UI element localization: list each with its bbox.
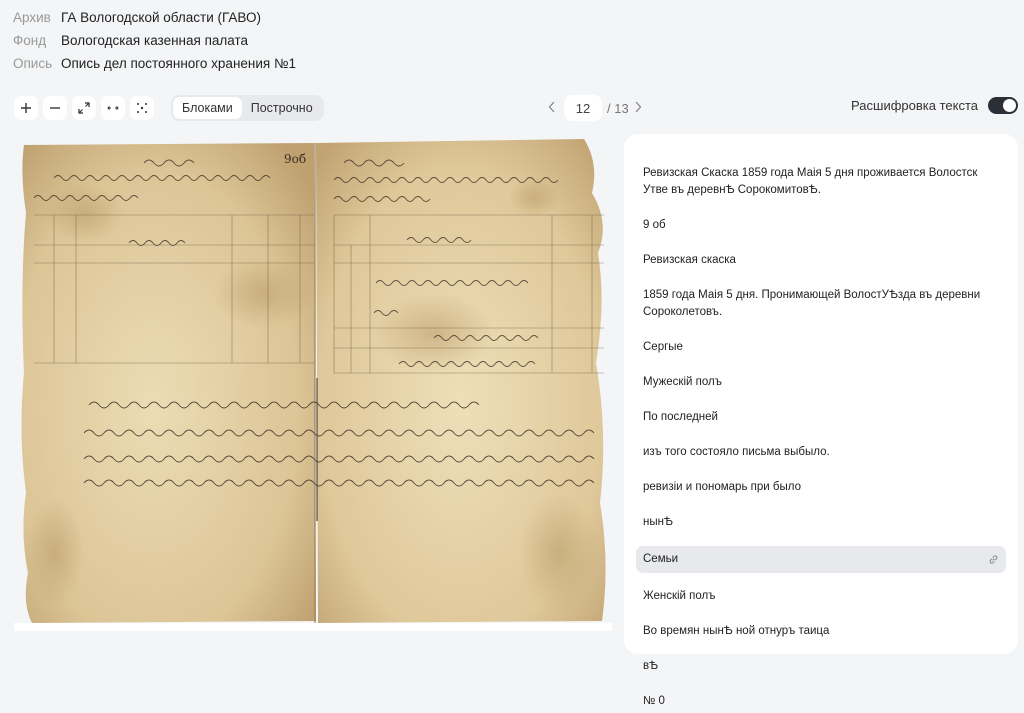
line-text: Ревизская скаска bbox=[643, 252, 736, 269]
prev-page-button[interactable] bbox=[545, 100, 559, 116]
meta-value: Опись дел постоянного хранения №1 bbox=[61, 56, 296, 71]
decode-toggle[interactable] bbox=[988, 97, 1018, 114]
line-text: Сергые bbox=[643, 339, 683, 356]
link-icon[interactable] bbox=[988, 554, 999, 565]
zoom-in-button[interactable] bbox=[14, 96, 38, 120]
fit-width-icon bbox=[107, 102, 119, 114]
transcription-line[interactable]: ревизіи и пономарь при было bbox=[636, 476, 1006, 499]
page-navigator: / 13 bbox=[545, 95, 645, 121]
next-page-button[interactable] bbox=[631, 100, 645, 116]
fullscreen-icon bbox=[78, 102, 90, 114]
line-text: 1859 года Маія 5 дня. Пронимающей Волост… bbox=[643, 287, 999, 321]
view-mode-lines[interactable]: Построчно bbox=[242, 97, 322, 119]
transcription-line[interactable]: Женскій полъ bbox=[636, 585, 1006, 608]
line-text: 9 об bbox=[643, 217, 666, 234]
meta-row-archive: Архив ГА Вологодской области (ГАВО) bbox=[13, 6, 296, 29]
line-text: Во времян нынѢ ной отнуръ таица bbox=[643, 623, 829, 631]
toggle-knob bbox=[1003, 99, 1016, 112]
transcription-line[interactable]: нынѢ bbox=[636, 511, 1006, 534]
chevron-right-icon bbox=[634, 101, 642, 113]
decode-label: Расшифровка текста bbox=[851, 98, 978, 113]
meta-row-fund: Фонд Вологодская казенная палата bbox=[13, 29, 296, 52]
transcription-line[interactable]: Сергые bbox=[636, 336, 1006, 359]
decode-toggle-group: Расшифровка текста bbox=[851, 97, 1018, 114]
meta-label: Архив bbox=[13, 10, 61, 25]
transcription-line[interactable]: 1859 года Маія 5 дня. Пронимающей Волост… bbox=[636, 284, 1006, 324]
transcription-line[interactable]: По последней bbox=[636, 406, 1006, 429]
document-scan-image: 9об bbox=[14, 133, 612, 631]
transcription-line-active[interactable]: Семьи bbox=[636, 546, 1006, 573]
viewer-toolbar: Блоками Построчно bbox=[14, 95, 324, 121]
svg-text:9об: 9об bbox=[284, 152, 306, 166]
chevron-left-icon bbox=[548, 101, 556, 113]
line-text: Ревизская Скаска 1859 года Маія 5 дня пр… bbox=[643, 165, 999, 199]
fit-page-icon bbox=[136, 102, 148, 114]
transcription-line[interactable]: Ревизская Скаска 1859 года Маія 5 дня пр… bbox=[636, 162, 1006, 202]
line-text: изъ того состояло письма выбыло. bbox=[643, 444, 830, 461]
meta-value: ГА Вологодской области (ГАВО) bbox=[61, 10, 261, 25]
meta-label: Опись bbox=[13, 56, 61, 71]
meta-value: Вологодская казенная палата bbox=[61, 33, 248, 48]
page-total: 13 bbox=[614, 101, 628, 116]
transcription-line[interactable]: 9 об bbox=[636, 214, 1006, 237]
transcription-line[interactable]: изъ того состояло письма выбыло. bbox=[636, 441, 1006, 464]
document-viewer[interactable]: 9об bbox=[14, 133, 612, 631]
fullscreen-button[interactable] bbox=[72, 96, 96, 120]
transcription-panel: Ревизская Скаска 1859 года Маія 5 дня пр… bbox=[624, 134, 1018, 631]
document-metadata: Архив ГА Вологодской области (ГАВО) Фонд… bbox=[13, 6, 296, 75]
transcription-line[interactable]: Ревизская скаска bbox=[636, 249, 1006, 272]
zoom-out-icon bbox=[49, 102, 61, 114]
line-text: Мужескій полъ bbox=[643, 374, 722, 391]
transcription-line[interactable]: Во времян нынѢ ной отнуръ таица bbox=[636, 620, 1006, 631]
fit-page-button[interactable] bbox=[130, 96, 154, 120]
line-text: Женскій полъ bbox=[643, 588, 715, 605]
line-text: По последней bbox=[643, 409, 718, 426]
fit-width-button[interactable] bbox=[101, 96, 125, 120]
page-separator: / bbox=[607, 101, 611, 116]
meta-row-inventory: Опись Опись дел постоянного хранения №1 bbox=[13, 52, 296, 75]
page-number-input[interactable] bbox=[564, 95, 602, 121]
line-text: ревизіи и пономарь при было bbox=[643, 479, 801, 496]
line-text: Семьи bbox=[643, 551, 678, 568]
zoom-out-button[interactable] bbox=[43, 96, 67, 120]
meta-label: Фонд bbox=[13, 33, 61, 48]
view-mode-blocks[interactable]: Блоками bbox=[173, 97, 242, 119]
transcription-line[interactable]: Мужескій полъ bbox=[636, 371, 1006, 394]
zoom-in-icon bbox=[20, 102, 32, 114]
line-text: нынѢ bbox=[643, 514, 673, 531]
view-mode-switch: Блоками Построчно bbox=[171, 95, 324, 121]
